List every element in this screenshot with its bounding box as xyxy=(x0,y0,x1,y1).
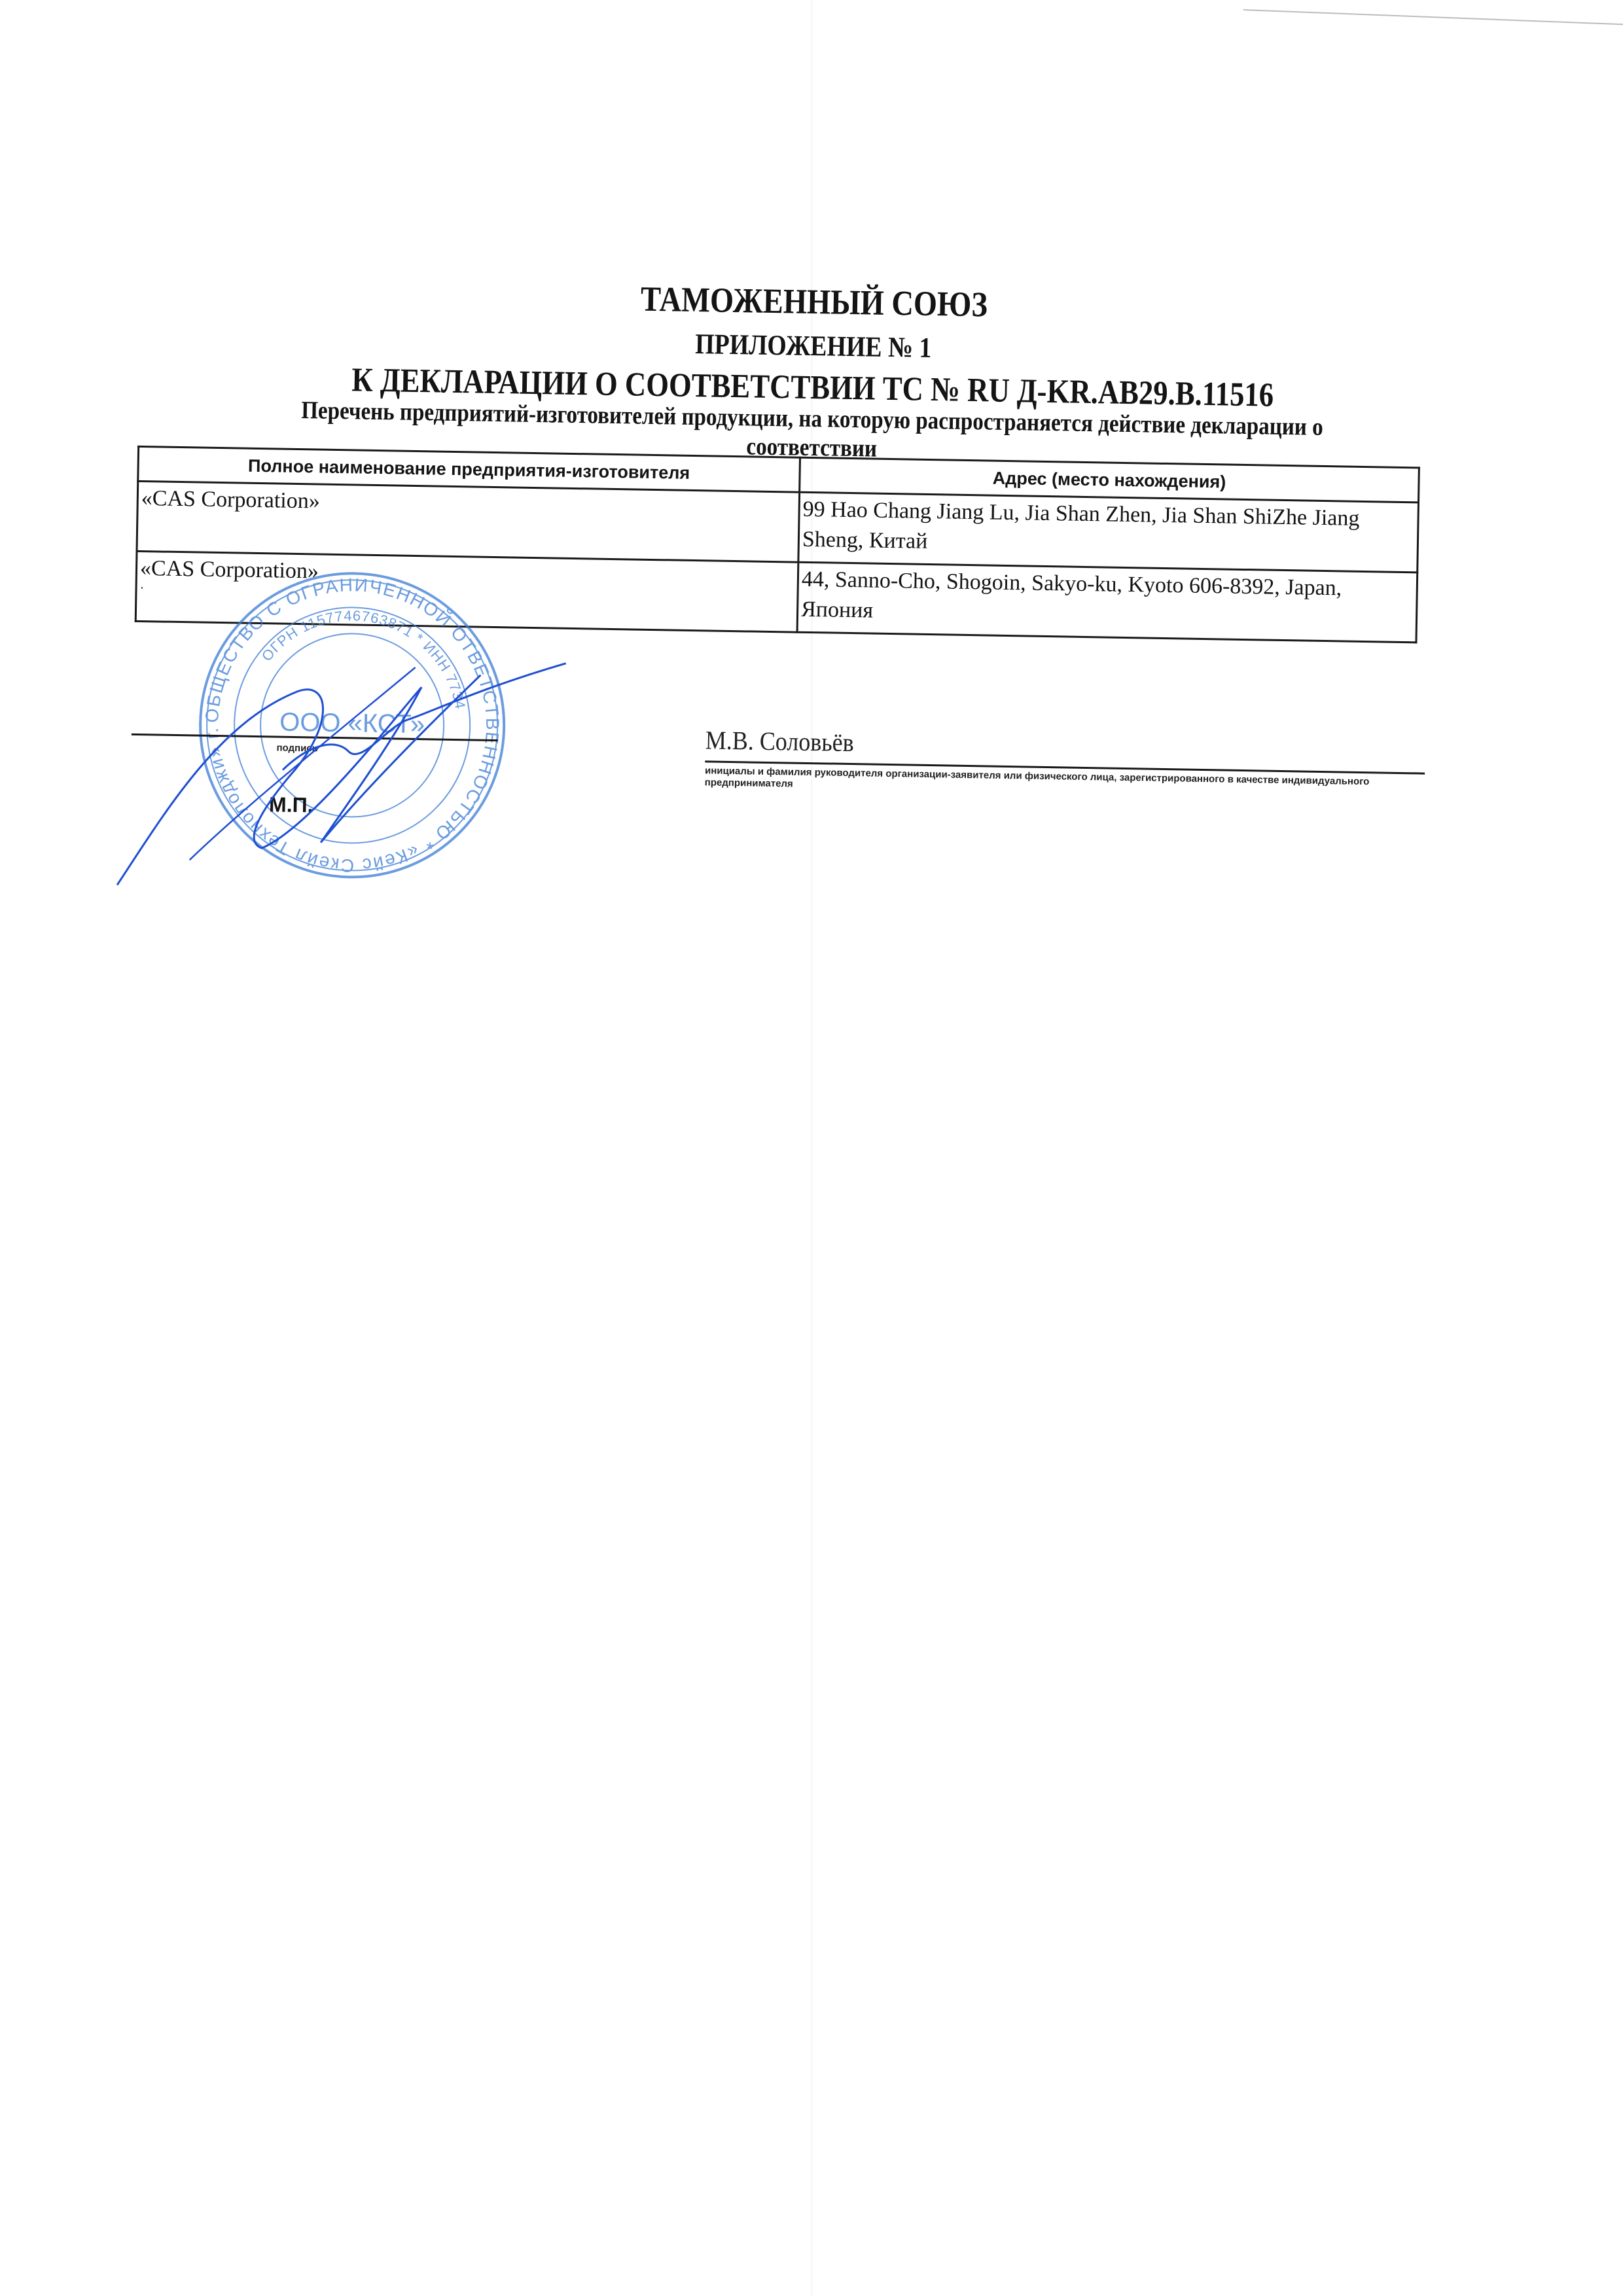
manufacturer-name: «CAS Corporation» xyxy=(137,481,800,562)
handwritten-signature xyxy=(111,643,573,899)
signer-name: М.В. Соловьёв xyxy=(705,724,854,758)
document-page: ТАМОЖЕННЫЙ СОЮЗ ПРИЛОЖЕНИЕ № 1 К ДЕКЛАРА… xyxy=(0,0,1623,995)
manufacturer-address: 44, Sanno-Cho, Shogoin, Sakyo-ku, Kyoto … xyxy=(797,562,1418,643)
manufacturer-address: 99 Hao Chang Jiang Lu, Jia Shan Zhen, Ji… xyxy=(798,492,1419,573)
